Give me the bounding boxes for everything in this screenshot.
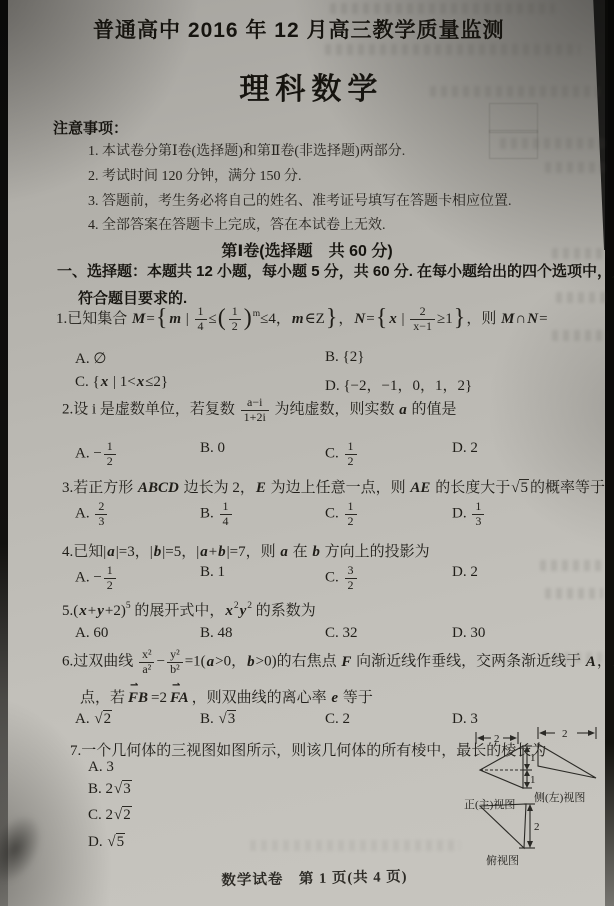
notice-item-2: 2. 考试时间 120 分钟，满分 150 分. [88, 165, 302, 185]
svg-text:1: 1 [530, 752, 536, 764]
question-5-option-d: D. 30 [452, 625, 485, 642]
svg-text:2: 2 [562, 728, 568, 740]
question-3-option-a: A. 23 [75, 500, 109, 529]
bleedthrough-text-line [556, 292, 608, 303]
question-1-stem: 1.已知集合 M={m | 14≤(12)m≤4，m∈Z}，N={x | 2x−… [56, 305, 548, 334]
side-view-shape [538, 744, 596, 778]
bleedthrough-box [489, 130, 538, 159]
question-7-option-c: C. 2√2 [88, 807, 133, 824]
question-5-option-a: A. 60 [75, 625, 108, 642]
question-4-option-a: A. −12 [75, 564, 118, 593]
question-2-option-c: C. 12 [325, 440, 359, 469]
bleedthrough-text-line [325, 44, 580, 55]
top-height-dimension: 2 [519, 804, 540, 848]
question-6-option-b: B. √3 [200, 711, 237, 728]
question-2-stem: 2.设 i 是虚数单位，若复数 a−i1+2i 为纯虚数，则实数 a 的值是 [62, 396, 457, 425]
question-7-option-a: A. 3 [88, 759, 114, 776]
bleedthrough-box [489, 103, 538, 133]
question-3-option-c: C. 12 [325, 500, 359, 529]
bleedthrough-text-line [540, 560, 606, 571]
question-2-option-a: A. −12 [75, 440, 118, 469]
question-4-option-d: D. 2 [452, 564, 478, 581]
question-5-option-b: B. 48 [200, 625, 233, 642]
bleedthrough-text-line [552, 330, 608, 341]
bleedthrough-text-line [330, 3, 555, 14]
question-4-option-b: B. 1 [200, 564, 225, 581]
front-height-dimension: 1 1 [522, 746, 536, 788]
question-7-option-b: B. 2√3 [88, 781, 133, 798]
bleedthrough-text-line [430, 86, 600, 97]
notice-heading: 注意事项： [53, 117, 128, 138]
question-3-option-b: B. 14 [200, 500, 234, 529]
front-view-shape [480, 746, 523, 788]
notice-item-4: 4. 全部答案在答题卡上完成，答在本试卷上无效. [88, 214, 386, 234]
subject-title: 理科数学 [239, 64, 383, 108]
exam-page: 普通高中 2016 年 12 月高三教学质量监测 理科数学 注意事项： 1. 本… [0, 0, 614, 906]
question-6-stem-line2: 点，若FB=2FA，则双曲线的离心率 e 等于 [80, 686, 373, 707]
question-2-option-b: B. 0 [200, 440, 225, 457]
notice-item-3: 3. 答题前，考生务必将自己的姓名、准考证号填写在答题卡相应位置. [88, 190, 512, 210]
bleedthrough-text-line [545, 588, 603, 599]
question-3-stem: 3.若正方形 ABCD 边长为 2，E 为边上任意一点，则 AE 的长度大于√5… [62, 476, 605, 497]
side-width-dimension: 2 [538, 727, 596, 740]
question-6-option-a: A. √2 [75, 711, 113, 728]
question-1-option-d: D. {−2，−1，0，1，2} [325, 374, 472, 395]
side-view-label: 侧(左)视图 [534, 791, 585, 804]
svg-text:1: 1 [530, 774, 536, 786]
question-6-stem-line1: 6.过双曲线 x²a²−y²b²=1(a>0，b>0)的右焦点 F 向渐近线作垂… [62, 648, 614, 677]
question-2-option-d: D. 2 [452, 440, 478, 457]
section-1-header: 第Ⅰ卷(选择题 共 60 分) [221, 238, 392, 261]
question-3-option-d: D. 13 [452, 500, 486, 529]
question-1-option-a: A. ∅ [75, 349, 106, 368]
page-footer: 数学试卷 第 1 页(共 4 页) [221, 865, 408, 890]
scan-edge-wedge [590, 0, 608, 250]
question-7-option-d: D. √5 [88, 834, 126, 851]
top-view-label: 俯视图 [486, 854, 519, 867]
question-6-option-c: C. 2 [325, 711, 350, 728]
three-view-diagram: 2 1 1 2 2 [450, 722, 614, 874]
question-1-option-c: C. {x | 1<x≤2} [75, 374, 168, 391]
question-4-option-c: C. 32 [325, 564, 359, 593]
notice-item-1: 1. 本试卷分第Ⅰ卷(选择题)和第Ⅱ卷(非选择题)两部分. [88, 140, 405, 160]
svg-text:2: 2 [534, 821, 540, 833]
section-1-intro-line1: 一、选择题：本题共 12 小题，每小题 5 分，共 60 分. 在每小题给出的四… [57, 260, 614, 281]
front-width-dimension: 2 [476, 732, 518, 745]
bleedthrough-text-line [250, 840, 460, 851]
front-view-label: 正(主)视图 [464, 798, 515, 811]
question-1-option-b: B. {2} [325, 349, 364, 366]
question-4-stem: 4.已知|a|=3，|b|=5，|a+b|=7，则 a 在 b 方向上的投影为 [62, 540, 430, 561]
bleedthrough-text-line [545, 162, 605, 173]
exam-title: 普通高中 2016 年 12 月高三教学质量监测 [93, 14, 504, 44]
bleedthrough-text-line [552, 248, 608, 259]
scan-edge-left [0, 0, 8, 906]
question-5-stem: 5.(x+y+2)5 的展开式中，x2y2 的系数为 [62, 599, 316, 620]
svg-text:2: 2 [494, 733, 500, 745]
question-5-option-c: C. 32 [325, 625, 358, 642]
